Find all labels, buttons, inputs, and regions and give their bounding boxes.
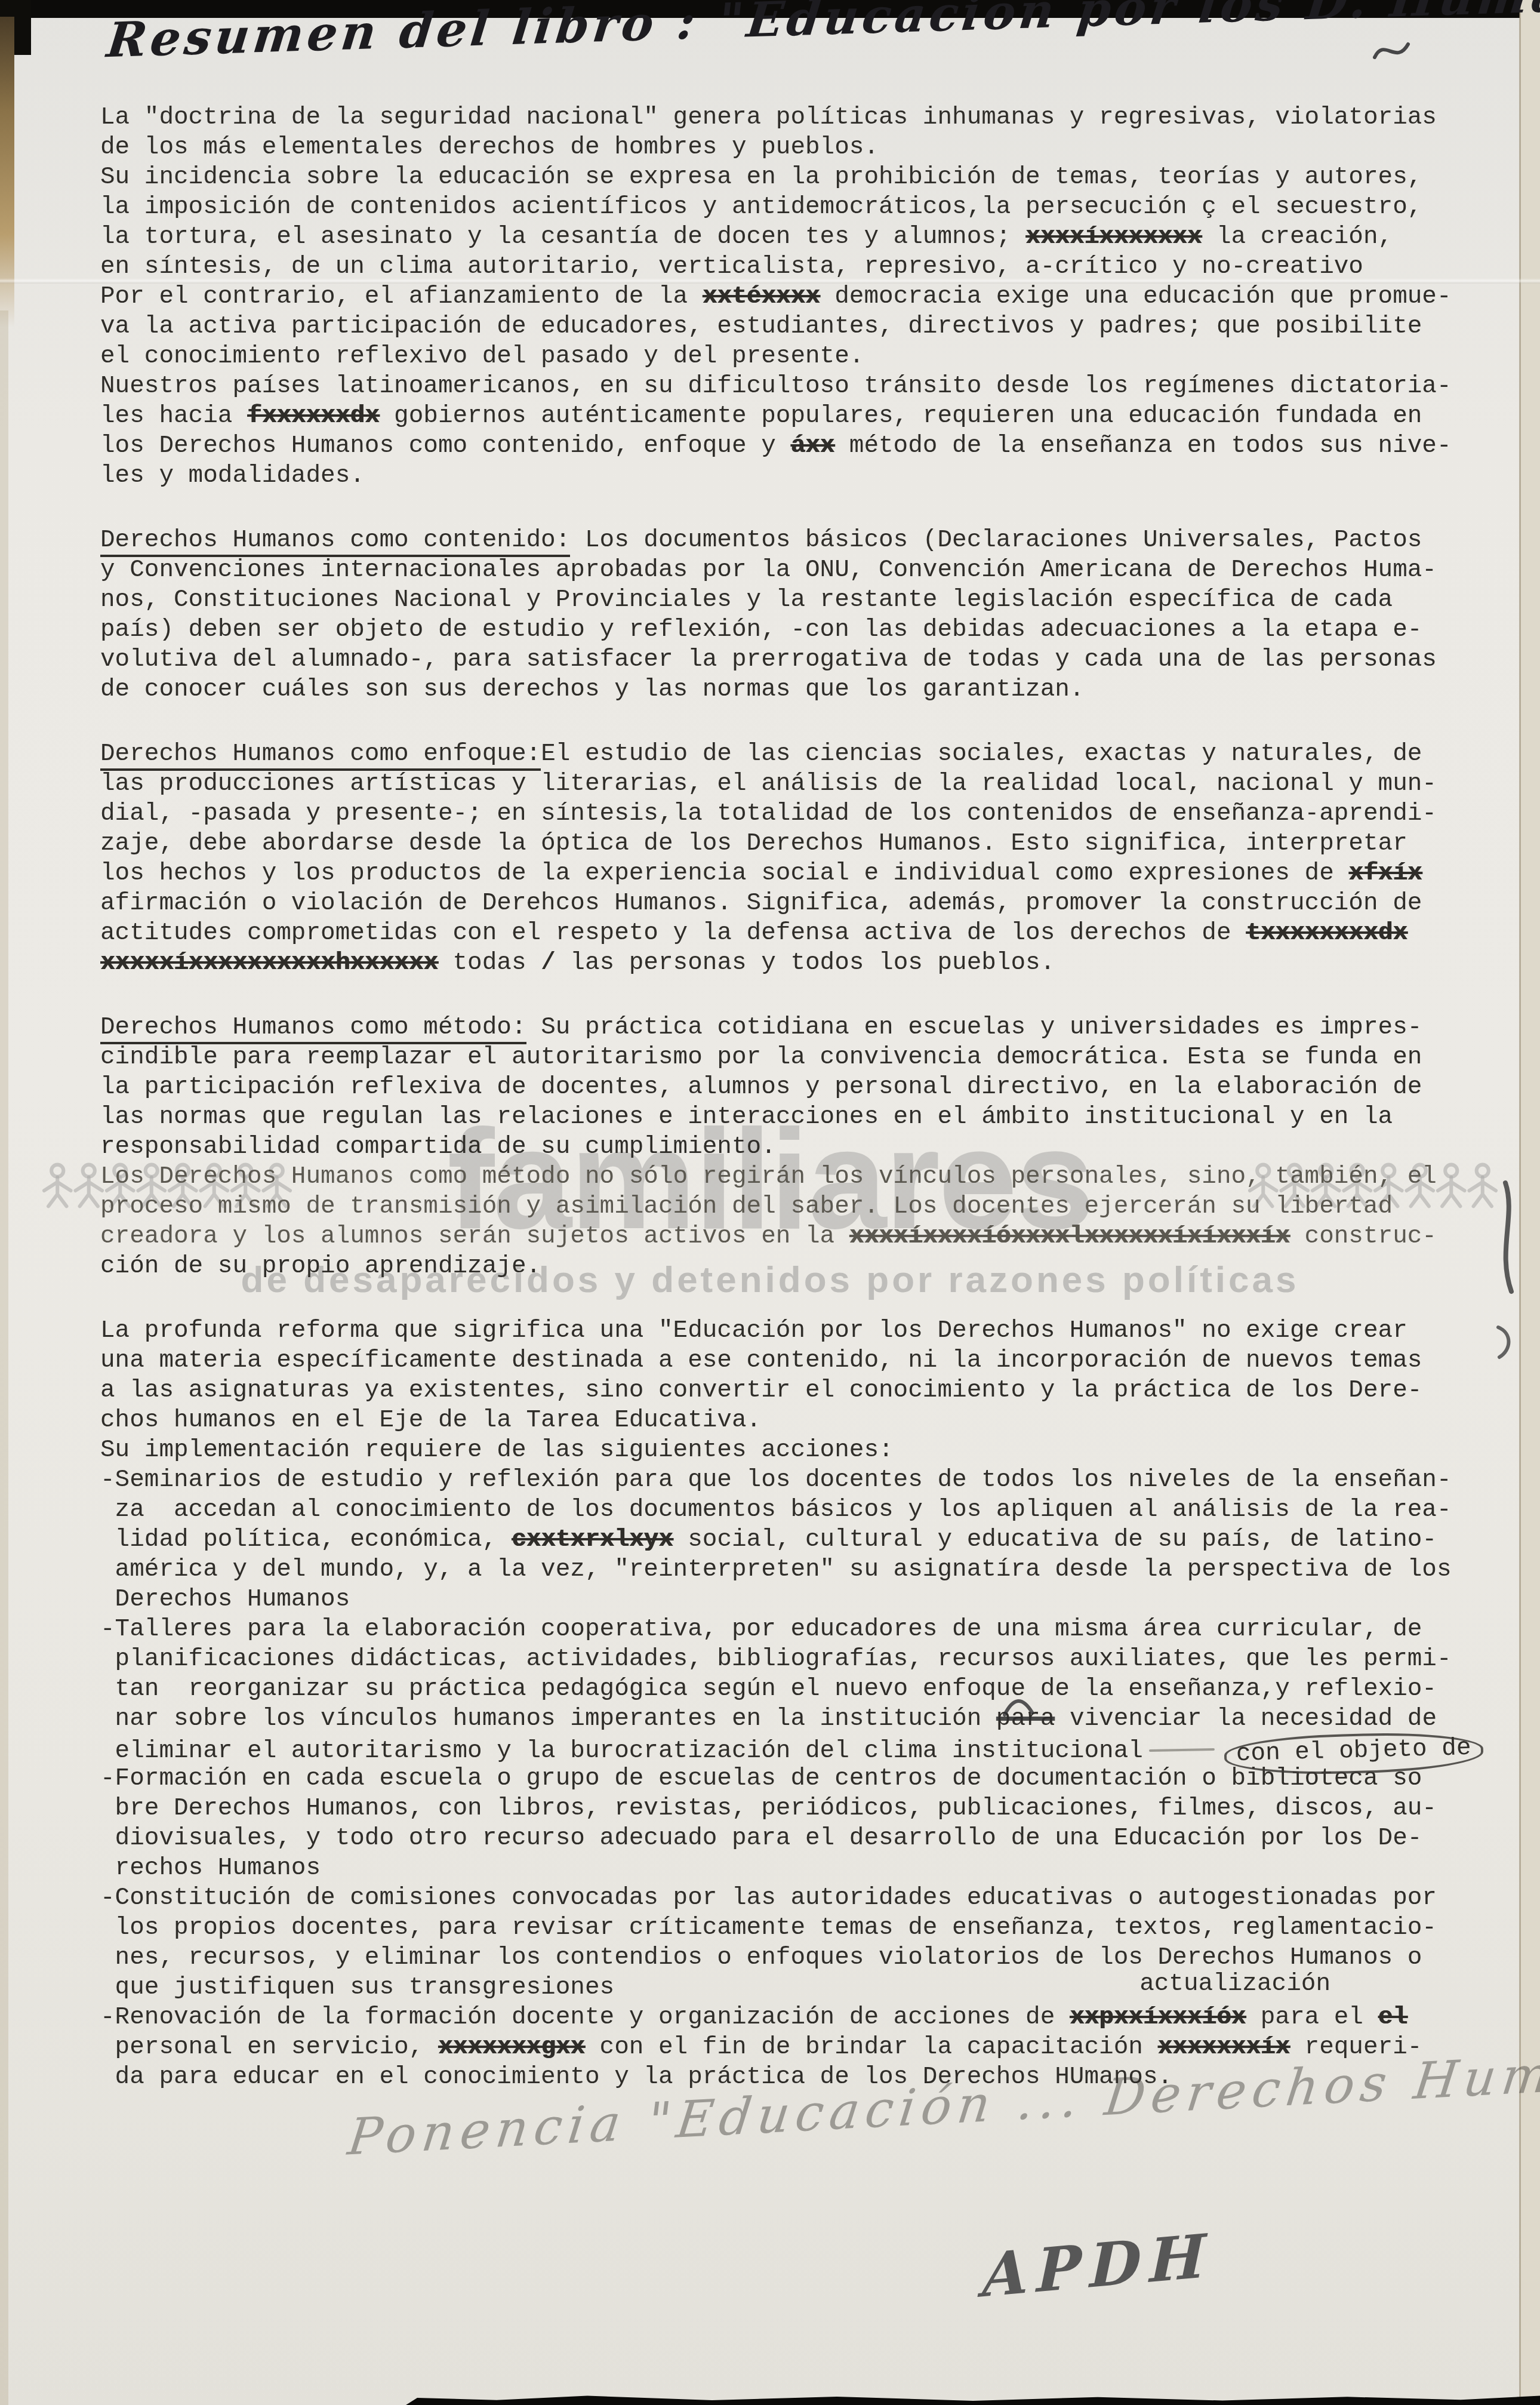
typed-line: rechos Humanos — [100, 1853, 1483, 1883]
typed-segment-p: La "doctrina de la seguridad nacional" g… — [100, 104, 1437, 131]
typed-segment-p: democracia exige una educación que promu… — [820, 283, 1452, 310]
typed-segment-p: a las asignaturas ya existentes, sino co… — [100, 1377, 1422, 1404]
typed-segment-p: proceso mismo de transmisión y asimilaci… — [100, 1193, 1393, 1220]
scan-bottom-tear — [406, 2392, 1540, 2405]
paragraph: Derechos Humanos como enfoque:El estudio… — [100, 739, 1483, 978]
typed-line: xxxxxíxxxxxxxxxxhxxxxxx todas / las pers… — [100, 948, 1483, 978]
typed-segment-p: -Constitución de comisiones convocadas p… — [100, 1884, 1437, 1912]
typed-line: Derechos Humanos como contenido: Los doc… — [100, 525, 1483, 555]
typed-segment-p: de conocer cuáles son sus derechos y las… — [100, 676, 1084, 703]
typed-line: La "doctrina de la seguridad nacional" g… — [100, 103, 1483, 133]
typed-segment-p: bre Derechos Humanos, con libros, revist… — [100, 1795, 1437, 1822]
typed-segment-u: Derechos Humanos como contenido: — [100, 527, 570, 557]
typed-line: que justifiquen sus transgresionesactual… — [100, 1973, 1483, 2003]
typed-line: chos humanos en el Eje de la Tarea Educa… — [100, 1406, 1483, 1435]
typed-line: bre Derechos Humanos, con libros, revist… — [100, 1794, 1483, 1823]
typed-line: creadora y los alumnos serán sujetos act… — [100, 1222, 1483, 1251]
typed-line: dial, -pasada y presente-; en síntesis,l… — [100, 799, 1483, 829]
typed-line: da para educar en el conocimiento y la p… — [100, 2062, 1483, 2092]
typed-segment-p: diovisuales, y todo otro recurso adecuad… — [100, 1825, 1422, 1852]
typed-segment-b: / — [541, 949, 556, 977]
typed-segment-p: una materia específicamente destinada a … — [100, 1347, 1422, 1374]
typed-line: zaje, debe abordarse desde la óptica de … — [100, 829, 1483, 859]
typed-line: en síntesis, de un clima autoritario, ve… — [100, 252, 1483, 282]
typed-line: la imposición de contenidos acientíficos… — [100, 192, 1483, 222]
typed-segment-p: afirmación o violación de Derehcos Human… — [100, 890, 1422, 917]
typed-segment-p: Por el contrario, el afianzamiento de la — [100, 283, 703, 310]
typed-line: -Talleres para la elaboración cooperativ… — [100, 1614, 1483, 1644]
typed-segment-p: zaje, debe abordarse desde la óptica de … — [100, 830, 1407, 857]
typed-segment-p: lidad política, económica, — [100, 1526, 512, 1554]
typed-segment-x: el — [1378, 2004, 1407, 2031]
typed-line: les hacia fxxxxxxdx gobiernos auténticam… — [100, 401, 1483, 431]
typed-line: Por el contrario, el afianzamiento de la… — [100, 282, 1483, 312]
typed-segment-p: las producciones artísticas y literarias… — [100, 770, 1437, 798]
typed-segment-p: los hechos y los productos de la experie… — [100, 860, 1348, 887]
typed-segment-p: la tortura, el asesinato y la cesantía d… — [100, 223, 1025, 251]
pen-mark-icon — [1487, 1179, 1526, 1296]
typed-segment-p: planificaciones didácticas, actividades,… — [100, 1646, 1452, 1673]
typed-line: los Derechos Humanos como contenido, enf… — [100, 431, 1483, 461]
typed-line: Su incidencia sobre la educación se expr… — [100, 162, 1483, 192]
typed-line: las normas que regulan las relaciones e … — [100, 1102, 1483, 1132]
typed-line: los propios docentes, para revisar críti… — [100, 1913, 1483, 1943]
typed-segment-p: ción de su propio aprendizaje. — [100, 1253, 541, 1280]
typed-segment-ins: actualización — [1139, 1969, 1330, 1999]
typed-line: el conocimiento reflexivo del pasado y d… — [100, 342, 1483, 371]
typed-segment-x: xxxxíxxxxxxx — [1025, 223, 1202, 251]
typed-line: za accedan al conocimiento de los docume… — [100, 1495, 1483, 1525]
typed-segment-p: da para educar en el conocimiento y la p… — [100, 2063, 1172, 2091]
typed-line: personal en servicio, xxxxxxxgxx con el … — [100, 2032, 1483, 2062]
typed-segment-x: cxxtxrxlxyx — [512, 1526, 673, 1554]
typed-line: proceso mismo de transmisión y asimilaci… — [100, 1192, 1483, 1222]
scanned-document-page: Resumen del libro : "Educación por los D… — [0, 0, 1540, 2405]
typed-line: tan reorganizar su práctica pedagógica s… — [100, 1674, 1483, 1704]
typed-segment-p: las personas y todos los pueblos. — [556, 949, 1055, 977]
typed-segment-p: creadora y los alumnos serán sujetos act… — [100, 1223, 849, 1250]
typed-segment-p: nar sobre los vínculos humanos imperante… — [100, 1705, 996, 1733]
typed-line: de los más elementales derechos de hombr… — [100, 133, 1483, 162]
typed-segment-p: social, cultural y educativa de su país,… — [673, 1526, 1437, 1554]
typed-line: nes, recursos, y eliminar los contendios… — [100, 1943, 1483, 1973]
typed-line: diovisuales, y todo otro recurso adecuad… — [100, 1823, 1483, 1853]
typed-segment-p: américa y del mundo, y, a la vez, "reint… — [100, 1556, 1452, 1583]
typed-line: nos, Constituciones Nacional y Provincia… — [100, 585, 1483, 615]
paragraph: La profunda reforma que sigrifica una "E… — [100, 1316, 1483, 2092]
paragraph: Derechos Humanos como contenido: Los doc… — [100, 525, 1483, 705]
typed-line: -Renovación de la formación docente y or… — [100, 2003, 1483, 2032]
typed-segment-p: construc- — [1290, 1223, 1437, 1250]
typed-segment-p: en síntesis, de un clima autoritario, ve… — [100, 253, 1363, 281]
typed-segment-p: -Talleres para la elaboración cooperativ… — [100, 1616, 1422, 1643]
typed-segment-p: eliminar el autoritarismo y la burocrati… — [100, 1737, 1143, 1765]
scan-left-strip-faint — [0, 310, 8, 2405]
typed-segment-x: áxx — [790, 432, 834, 460]
typed-line: Nuestros países latinoamericanos, en su … — [100, 371, 1483, 401]
typed-segment-p: dial, -pasada y presente-; en síntesis,l… — [100, 800, 1437, 828]
typed-line: responsabilidad compartida de su cumplim… — [100, 1132, 1483, 1162]
typed-line: volutiva del alumnado-, para satisfacer … — [100, 645, 1483, 675]
typed-line: américa y del mundo, y, a la vez, "reint… — [100, 1555, 1483, 1585]
typed-line: la participación reflexiva de docentes, … — [100, 1072, 1483, 1102]
typed-line: las producciones artísticas y literarias… — [100, 769, 1483, 799]
typed-line: nar sobre los vínculos humanos imperante… — [100, 1704, 1483, 1734]
typed-segment-x: xxxxíxxxxíóxxxxlxxxxxxíxíxxxíx — [849, 1223, 1290, 1250]
typed-line: -Seminarios de estudio y reflexión para … — [100, 1465, 1483, 1495]
typed-segment-p: -Renovación de la formación docente y or… — [100, 2004, 1070, 2031]
typed-segment-p: que justifiquen sus transgresiones — [100, 1974, 614, 2001]
typed-segment-u: Derechos Humanos como método: — [100, 1014, 526, 1044]
typed-line: cindible para reemplazar el autoritarism… — [100, 1042, 1483, 1072]
typed-segment-ps: para — [996, 1705, 1055, 1733]
typed-segment-p: chos humanos en el Eje de la Tarea Educa… — [100, 1407, 761, 1434]
typed-segment-u: Derechos Humanos como enfoque: — [100, 740, 541, 771]
typed-segment-x: xxtéxxxx — [703, 283, 820, 310]
typed-line: país) deben ser objeto de estudio y refl… — [100, 615, 1483, 645]
typed-line: los hechos y los productos de la experie… — [100, 859, 1483, 888]
pen-mark-icon — [1492, 1323, 1519, 1362]
typed-line: Derechos Humanos — [100, 1585, 1483, 1614]
typed-segment-p: les y modalidades. — [100, 462, 365, 490]
typed-segment-p: gobiernos auténticamente populares, requ… — [379, 402, 1422, 430]
typed-segment-p: La profunda reforma que sigrifica una "E… — [100, 1317, 1407, 1345]
typed-segment-p: requeri- — [1290, 2034, 1422, 2061]
typed-line: La profunda reforma que sigrifica una "E… — [100, 1316, 1483, 1346]
typed-line: Los Derechos Humanos como método no sólo… — [100, 1162, 1483, 1192]
typed-segment-pl — [1149, 1748, 1215, 1752]
typed-line: les y modalidades. — [100, 461, 1483, 491]
typed-segment-p: y Convenciones internacionales aprobadas… — [100, 556, 1437, 584]
paragraph: Derechos Humanos como método: Su práctic… — [100, 1013, 1483, 1281]
typed-line: planificaciones didácticas, actividades,… — [100, 1644, 1483, 1674]
handwritten-initials: APDH — [982, 2220, 1215, 2311]
typed-line: ción de su propio aprendizaje. — [100, 1251, 1483, 1281]
typed-segment-p: Los Derechos Humanos como método no sólo… — [100, 1163, 1437, 1191]
typed-line: Derechos Humanos como enfoque:El estudio… — [100, 739, 1483, 769]
pen-caret-icon — [1000, 1686, 1043, 1717]
typed-segment-p: Derechos Humanos — [100, 1586, 350, 1613]
typed-segment-p: los propios docentes, para revisar críti… — [100, 1914, 1437, 1942]
typed-segment-p: Su implementación requiere de las siguie… — [100, 1437, 894, 1464]
typed-segment-p: Nuestros países latinoamericanos, en su … — [100, 373, 1452, 400]
typed-line: Derechos Humanos como método: Su práctic… — [100, 1013, 1483, 1042]
typed-line: y Convenciones internacionales aprobadas… — [100, 555, 1483, 585]
typed-segment-p: todas — [438, 949, 541, 977]
typed-line: afirmación o violación de Derehcos Human… — [100, 888, 1483, 918]
typed-segment-p: vivenciar la necesidad de — [1055, 1705, 1437, 1733]
typed-segment-x: txxxxxxxxdx — [1246, 919, 1407, 947]
typed-line: a las asignaturas ya existentes, sino co… — [100, 1376, 1483, 1406]
typed-segment-p: nos, Constituciones Nacional y Provincia… — [100, 586, 1393, 614]
typed-segment-p: va la activa participación de educadores… — [100, 313, 1422, 340]
pen-mark-icon — [1370, 31, 1413, 74]
typed-segment-p: volutiva del alumnado-, para satisfacer … — [100, 646, 1437, 673]
typed-segment-x: xfxíx — [1348, 860, 1422, 887]
typed-segment-p: El estudio de las ciencias sociales, exa… — [541, 740, 1422, 768]
typed-segment-p: cindible para reemplazar el autoritarism… — [100, 1044, 1422, 1071]
typed-segment-p: actitudes comprometidas con el respeto y… — [100, 919, 1246, 947]
typed-segment-p: los Derechos Humanos como contenido, enf… — [100, 432, 790, 460]
typed-segment-p: Su práctica cotidiana en escuelas y univ… — [526, 1014, 1422, 1041]
typed-line: la tortura, el asesinato y la cesantía d… — [100, 222, 1483, 252]
typed-segment-p: nes, recursos, y eliminar los contendios… — [100, 1944, 1422, 1972]
typed-segment-x: xxxxxíxxxxxxxxxxhxxxxxx — [100, 949, 438, 977]
typed-segment-p: rechos Humanos — [100, 1855, 321, 1882]
typed-document: La "doctrina de la seguridad nacional" g… — [100, 103, 1483, 2092]
handwritten-title: Resumen del libro : "Educación por los D… — [104, 0, 1459, 68]
typed-segment-x: xxxxxxxíx — [1158, 2034, 1290, 2061]
typed-segment-p: Su incidencia sobre la educación se expr… — [100, 164, 1422, 191]
typed-line: -Constitución de comisiones convocadas p… — [100, 1883, 1483, 1913]
typed-segment-p: método de la enseñanza en todos sus nive… — [834, 432, 1451, 460]
typed-segment-p: con el fin de brindar la capacitación — [585, 2034, 1158, 2061]
typed-segment-p: para el — [1246, 2004, 1378, 2031]
typed-segment-x: xxxxxxxgxx — [438, 2034, 585, 2061]
typed-segment-p: les hacia — [100, 402, 247, 430]
typed-line: actitudes comprometidas con el respeto y… — [100, 918, 1483, 948]
typed-line: una materia específicamente destinada a … — [100, 1346, 1483, 1376]
typed-segment-p: -Seminarios de estudio y reflexión para … — [100, 1466, 1452, 1494]
typed-segment-p: personal en servicio, — [100, 2034, 438, 2061]
typed-segment-p: las normas que regulan las relaciones e … — [100, 1103, 1393, 1131]
typed-segment-p: Los documentos básicos (Declaraciones Un… — [570, 527, 1422, 554]
typed-segment-p: país) deben ser objeto de estudio y refl… — [100, 616, 1422, 644]
typed-segment-x: xxpxxíxxxíóx — [1070, 2004, 1246, 2031]
typed-segment-p: la participación reflexiva de docentes, … — [100, 1074, 1422, 1101]
typed-segment-p: de los más elementales derechos de hombr… — [100, 134, 879, 161]
typed-segment-p: la imposición de contenidos acientíficos… — [100, 193, 1422, 221]
typed-segment-p: -Formación en cada escuela o grupo de es… — [100, 1765, 1422, 1792]
typed-segment-p: za accedan al conocimiento de los docume… — [100, 1496, 1452, 1524]
typed-segment-p: la creación, — [1202, 223, 1393, 251]
typed-line: eliminar el autoritarismo y la burocrati… — [100, 1734, 1483, 1764]
paragraph: La "doctrina de la seguridad nacional" g… — [100, 103, 1483, 491]
typed-segment-p: el conocimiento reflexivo del pasado y d… — [100, 343, 864, 370]
typed-segment-x: fxxxxxxdx — [247, 402, 379, 430]
typed-line: Su implementación requiere de las siguie… — [100, 1435, 1483, 1465]
typed-segment-p: tan reorganizar su práctica pedagógica s… — [100, 1675, 1437, 1703]
typed-line: de conocer cuáles son sus derechos y las… — [100, 675, 1483, 705]
typed-line: va la activa participación de educadores… — [100, 312, 1483, 342]
typed-segment-p: responsabilidad compartida de su cumplim… — [100, 1133, 776, 1161]
typed-line: lidad política, económica, cxxtxrxlxyx s… — [100, 1525, 1483, 1555]
